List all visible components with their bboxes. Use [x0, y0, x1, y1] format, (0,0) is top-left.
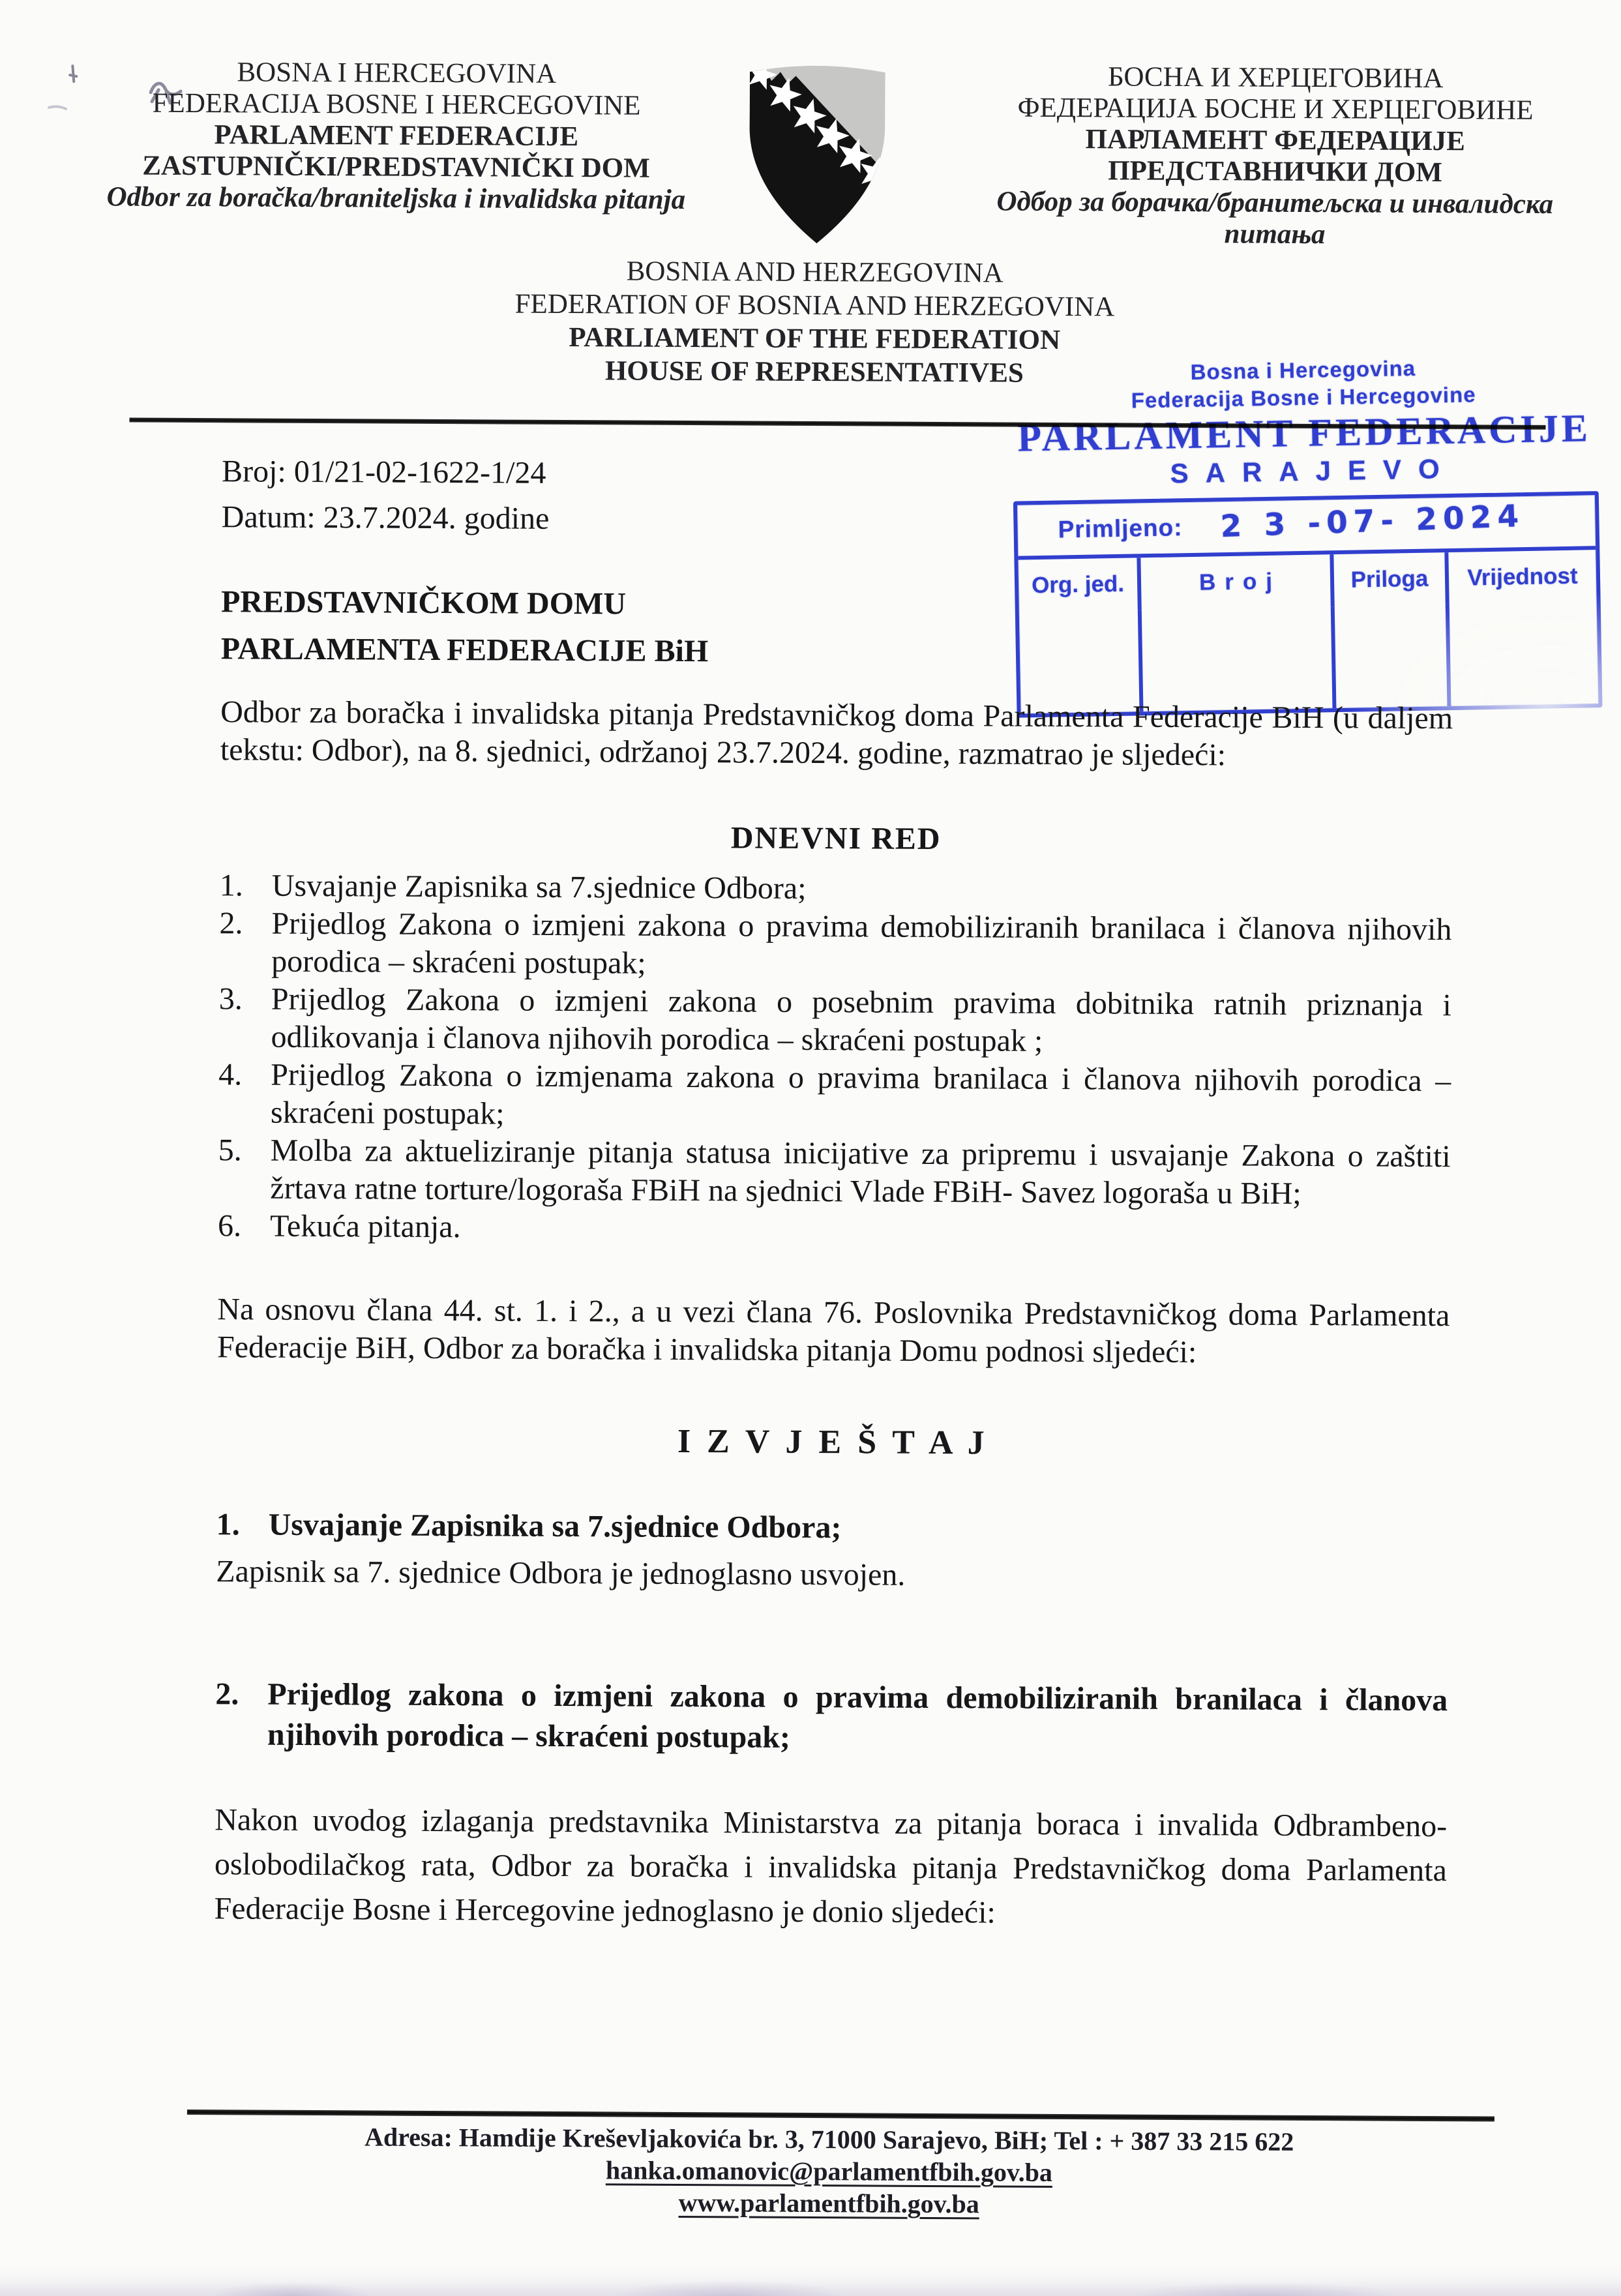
header-right-line-2: ФЕДЕРАЦИЈА БОСНЕ И ХЕРЦЕГОВИНЕ: [962, 92, 1588, 127]
header-center-line-1: BOSNIA AND HERZEGOVINA: [456, 254, 1174, 291]
coat-of-arms-icon: [740, 55, 895, 249]
scan-noise-strip: [0, 2266, 1621, 2296]
agenda-item-number: 3.: [218, 980, 271, 1056]
scanned-document-page: BOSNA I HERCEGOVINA FEDERACIJA BOSNE I H…: [0, 0, 1621, 2296]
header-left-committee: Odbor za boračka/braniteljska i invalids…: [96, 181, 696, 216]
agenda-item: 1. Usvajanje Zapisnika sa 7.sjednice Odb…: [220, 867, 1452, 911]
agenda-item-text: Molba za aktueliziranje pitanja statusa …: [270, 1132, 1451, 1214]
recipient-block: PREDSTAVNIČKOM DOMU PARLAMENTA FEDERACIJ…: [220, 578, 1453, 679]
agenda-item: 2. Prijedlog Zakona o izmjeni zakona o p…: [219, 904, 1452, 987]
footer-website: www.parlamentfbih.gov.ba: [213, 2184, 1445, 2222]
scan-tilt-wrapper: BOSNA I HERCEGOVINA FEDERACIJA BOSNE I H…: [0, 0, 1621, 2296]
document-number: Broj: 01/21-02-1622-1/24: [222, 453, 1454, 496]
agenda-item: 5. Molba za aktueliziranje pitanja statu…: [218, 1131, 1451, 1214]
agenda-item: 3. Prijedlog Zakona o izmjeni zakona o p…: [218, 980, 1451, 1062]
document-date: Datum: 23.7.2024. godine: [222, 499, 1454, 541]
header-right: БОСНА И ХЕРЦЕГОВИНА ФЕДЕРАЦИЈА БОСНЕ И Х…: [962, 61, 1588, 252]
report-title: I Z V J E Š T A J: [216, 1420, 1449, 1465]
footer: Adresa: Hamdije Kreševljakovića br. 3, 7…: [213, 2120, 1446, 2222]
basis-paragraph: Na osnovu člana 44. st. 1. i 2., a u vez…: [217, 1290, 1450, 1373]
agenda-item-number: 2.: [219, 904, 272, 980]
report-section-2-heading: 2. Prijedlog zakona o izmjeni zakona o p…: [215, 1674, 1448, 1761]
header-center-line-2: FEDERATION OF BOSNIA AND HERZEGOVINA: [456, 287, 1173, 324]
agenda-item-text: Tekuća pitanja.: [270, 1208, 1450, 1251]
header-left: BOSNA I HERCEGOVINA FEDERACIJA BOSNE I H…: [96, 56, 696, 216]
header-left-line-3: PARLAMENT FEDERACIJE: [97, 119, 696, 153]
agenda-list: 1. Usvajanje Zapisnika sa 7.sjednice Odb…: [218, 867, 1452, 1251]
footer-address: Adresa: Hamdije Kreševljakovića br. 3, 7…: [213, 2120, 1446, 2158]
report-section-2-body: Nakon uvodog izlaganja predstavnika Mini…: [214, 1798, 1447, 1937]
agenda-item-number: 1.: [220, 867, 272, 904]
agenda-title: DNEVNI RED: [220, 817, 1452, 859]
report-section-1-heading: 1. Usvajanje Zapisnika sa 7.sjednice Odb…: [216, 1504, 1448, 1551]
recipient-line-2: PARLAMENTA FEDERACIJE BiH: [220, 625, 1453, 679]
header-center-line-3: PARLIAMENT OF THE FEDERATION: [456, 320, 1173, 357]
stamp-col-vrijednost: Vrijednost: [1448, 550, 1596, 604]
header-left-line-4: ZASTUPNIČKI/PREDSTAVNIČKI DOM: [96, 150, 696, 185]
report-section-1-body: Zapisnik sa 7. sjednice Odbora je jednog…: [216, 1553, 1448, 1597]
agenda-item-number: 5.: [218, 1131, 271, 1207]
agenda-item-number: 4.: [218, 1056, 271, 1131]
header-right-line-1: БОСНА И ХЕРЦЕГОВИНА: [962, 61, 1588, 95]
header-right-line-4: ПРЕДСТАВНИЧКИ ДОМ: [962, 155, 1588, 189]
header-left-line-1: BOSNA I HERCEGOVINA: [97, 56, 696, 91]
section-number: 2.: [215, 1674, 268, 1755]
header-right-committee: Одбор за борачка/бранитељска и инвалидск…: [962, 186, 1588, 252]
agenda-item-text: Usvajanje Zapisnika sa 7.sjednice Odbora…: [272, 867, 1452, 911]
section-heading-text: Prijedlog zakona o izmjeni zakona o prav…: [267, 1675, 1448, 1761]
footer-divider-rule: [187, 2110, 1495, 2121]
agenda-item: 4. Prijedlog Zakona o izmjenama zakona o…: [218, 1056, 1451, 1138]
agenda-item: 6. Tekuća pitanja.: [218, 1207, 1450, 1251]
section-heading-text: Usvajanje Zapisnika sa 7.sjednice Odbora…: [268, 1505, 1448, 1551]
agenda-item-text: Prijedlog Zakona o izmjeni zakona o prav…: [271, 905, 1452, 987]
stamp-cell-empty: [1450, 602, 1599, 706]
header-right-line-3: ПАРЛАМЕНТ ФЕДЕРАЦИЈЕ: [962, 123, 1588, 158]
header-left-line-2: FEDERACIJA BOSNE I HERCEGOVINE: [97, 87, 696, 122]
section-number: 1.: [216, 1504, 268, 1545]
recipient-line-1: PREDSTAVNIČKOM DOMU: [221, 578, 1453, 632]
agenda-item-text: Prijedlog Zakona o izmjeni zakona o pose…: [271, 981, 1451, 1062]
agenda-item-number: 6.: [218, 1207, 270, 1245]
agenda-item-text: Prijedlog Zakona o izmjenama zakona o pr…: [271, 1056, 1451, 1138]
intro-paragraph: Odbor za boračka i invalidska pitanja Pr…: [220, 693, 1453, 775]
